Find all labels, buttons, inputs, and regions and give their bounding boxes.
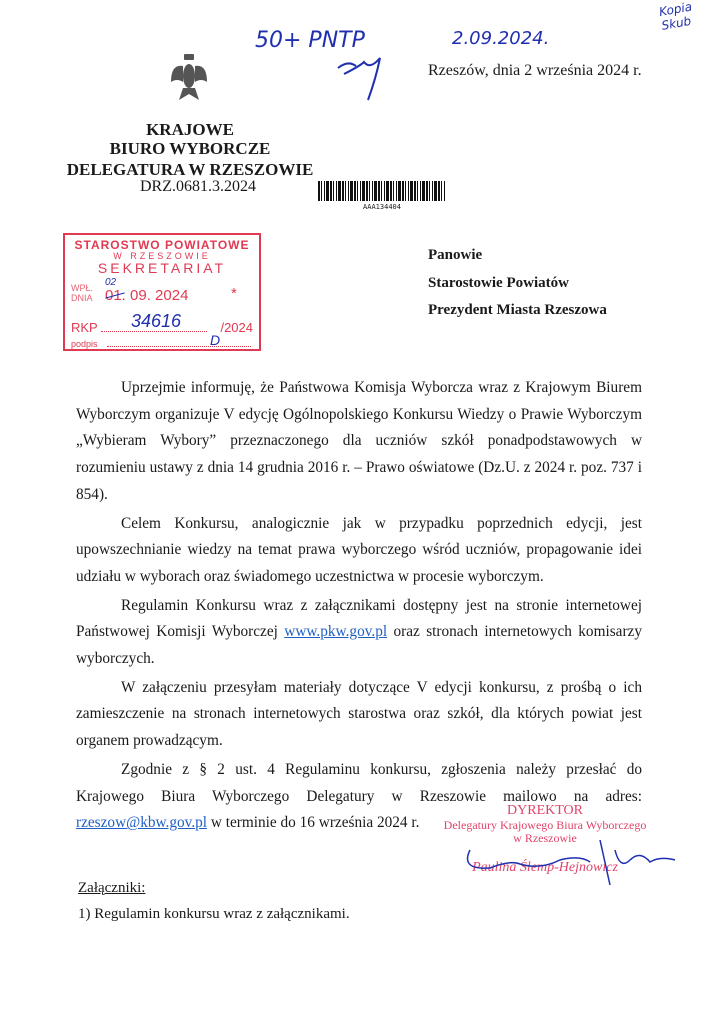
p5-text-after: w terminie do 16 września 2024 r. <box>207 814 419 831</box>
handwritten-corner-note: Kopia Skub <box>658 0 718 33</box>
handwritten-scribble <box>330 48 390 103</box>
attachments-heading: Załączniki: <box>78 880 145 897</box>
org-name-line3: DELEGATURA W RZESZOWIE <box>45 160 335 180</box>
addressee-line3: Prezydent Miasta Rzeszowa <box>428 302 607 319</box>
attachment-item: 1) Regulamin konkursu wraz z załącznikam… <box>78 906 350 923</box>
polish-eagle-emblem-icon <box>169 52 209 104</box>
letter-body: Uprzejmie informuję, że Państwowa Komisj… <box>76 375 642 839</box>
reference-number: DRZ.0681.3.2024 <box>140 178 256 196</box>
barcode-text: AAA134404 <box>318 203 446 211</box>
signature-title: DYREKTOR <box>440 803 650 819</box>
barcode <box>318 181 446 201</box>
stamp-wpl-label: WPŁ. DNIA <box>71 283 93 303</box>
paragraph-1: Uprzejmie informuję, że Państwowa Komisj… <box>76 375 642 509</box>
rkp-label: RKP <box>71 320 98 335</box>
stamp-line1: STAROSTWO POWIATOWE <box>65 238 259 252</box>
stamp-star: * <box>231 285 237 302</box>
stamp-line3: SEKRETARIAT <box>65 260 259 276</box>
dnia-label: DNIA <box>71 293 93 303</box>
paragraph-4: W załączeniu przesyłam materiały dotyczą… <box>76 675 642 755</box>
place-date: Rzeszów, dnia 2 września 2024 r. <box>428 62 642 80</box>
podpis-label: podpis <box>71 339 98 349</box>
handwritten-rkp-number: 34616 <box>131 311 181 332</box>
handwritten-signature <box>450 830 690 890</box>
stamp-date: 01. 09. 2024 <box>105 287 188 304</box>
paragraph-2: Celem Konkursu, analogicznie jak w przyp… <box>76 511 642 591</box>
org-name-line2: BIURO WYBORCZE <box>60 139 320 159</box>
p5-text: Zgodnie z § 2 ust. 4 Regulaminu konkursu… <box>76 761 642 805</box>
addressee-line1: Panowie <box>428 247 482 264</box>
receipt-stamp: STAROSTWO POWIATOWE W RZESZOWIE SEKRETAR… <box>63 233 261 351</box>
handwritten-initial: D <box>210 332 220 348</box>
org-name-line1: KRAJOWE <box>60 120 320 140</box>
rkp-year: /2024 <box>220 320 253 335</box>
pkw-link[interactable]: www.pkw.gov.pl <box>284 623 387 640</box>
handwritten-date: 2.09.2024. <box>452 28 549 49</box>
podpis-dotted-line <box>107 346 251 347</box>
email-link[interactable]: rzeszow@kbw.gov.pl <box>76 814 207 831</box>
paragraph-3: Regulamin Konkursu wraz z załącznikami d… <box>76 593 642 673</box>
wpl-label: WPŁ. <box>71 283 93 293</box>
handwritten-day-correction: 02 <box>105 277 116 288</box>
addressee-line2: Starostowie Powiatów <box>428 275 569 292</box>
